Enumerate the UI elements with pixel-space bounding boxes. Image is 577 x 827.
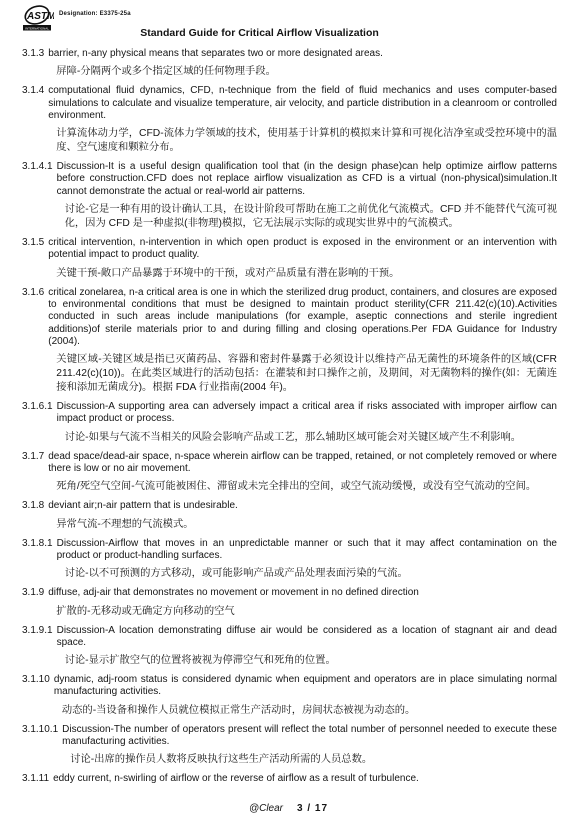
section-number: 3.1.3 bbox=[22, 48, 44, 79]
definition-english: Discussion-It is a useful design qualifi… bbox=[57, 161, 557, 198]
definition-english: Discussion-A location demonstrating diff… bbox=[57, 625, 557, 650]
definitions-list: 3.1.3 barrier, n-any physical means that… bbox=[22, 48, 557, 786]
definition-english: diffuse, adj-air that demonstrates no mo… bbox=[48, 587, 557, 599]
definition-chinese: 死角/死空气空间-气流可能被困住、滞留或未完全排出的空间，或空气流动缓慢，或没有… bbox=[56, 480, 557, 494]
definition-english: Discussion-Airflow that moves in an unpr… bbox=[57, 538, 557, 563]
definition-item: 3.1.7 dead space/dead-air space, n-space… bbox=[22, 451, 557, 495]
section-number: 3.1.10.1 bbox=[22, 724, 58, 768]
page-title: Standard Guide for Critical Airflow Visu… bbox=[22, 27, 497, 39]
page-number: 3 / 17 bbox=[297, 803, 328, 814]
section-number: 3.1.4 bbox=[22, 85, 44, 155]
definition-item: 3.1.6 critical zonelarea, n-a critical a… bbox=[22, 287, 557, 395]
definition-english: computational fluid dynamics, CFD, n-tec… bbox=[48, 85, 557, 122]
section-number: 3.1.4.1 bbox=[22, 161, 53, 231]
definition-english: dead space/dead-air space, n-space where… bbox=[48, 451, 557, 476]
definition-item: 3.1.8 deviant air;n-air pattern that is … bbox=[22, 500, 557, 531]
astm-logo: ASTM INTERNATIONAL bbox=[22, 5, 54, 33]
watermark-text: @Clear bbox=[249, 803, 283, 814]
definition-text-block: computational fluid dynamics, CFD, n-tec… bbox=[48, 85, 557, 155]
definition-english: dynamic, adj-room status is considered d… bbox=[54, 674, 557, 699]
definition-chinese: 讨论-显示扩散空气的位置将被视为停滞空气和死角的位置。 bbox=[65, 654, 557, 668]
section-number: 3.1.5 bbox=[22, 237, 44, 281]
definition-text-block: deviant air;n-air pattern that is undesi… bbox=[48, 500, 557, 531]
document-page: ASTM INTERNATIONAL Designation: E3375-25… bbox=[0, 0, 577, 786]
definition-chinese: 讨论-如果与气流不当相关的风险会影响产品或工艺，那么辅助区域可能会对关键区域产生… bbox=[65, 431, 557, 445]
section-number: 3.1.11 bbox=[22, 773, 49, 785]
definition-chinese: 关键干预-敞口产品暴露于环境中的干预，或对产品质量有潜在影响的干预。 bbox=[56, 267, 557, 281]
definition-english: critical intervention, n-intervention in… bbox=[48, 237, 557, 262]
definition-text-block: Discussion-Airflow that moves in an unpr… bbox=[57, 538, 557, 582]
definition-text-block: barrier, n-any physical means that separ… bbox=[48, 48, 557, 79]
section-number: 3.1.8.1 bbox=[22, 538, 53, 582]
definition-text-block: Discussion-It is a useful design qualifi… bbox=[57, 161, 557, 231]
definition-chinese: 计算流体动力学，CFD-流体力学领域的技术，使用基于计算机的模拟来计算和可视化洁… bbox=[56, 127, 557, 155]
definition-english: eddy current, n-swirling of airflow or t… bbox=[53, 773, 557, 785]
definition-chinese: 关键区域-关键区域是指已灭菌药品、容器和密封件暴露于必须设计以维持产品无菌性的环… bbox=[56, 353, 557, 395]
page-footer: @Clear3 / 17 bbox=[0, 803, 577, 814]
definition-text-block: diffuse, adj-air that demonstrates no mo… bbox=[48, 587, 557, 618]
section-number: 3.1.9.1 bbox=[22, 625, 53, 669]
definition-item: 3.1.4.1 Discussion-It is a useful design… bbox=[22, 161, 557, 231]
definition-english: Discussion-The number of operators prese… bbox=[62, 724, 557, 749]
definition-item: 3.1.6.1 Discussion-A supporting area can… bbox=[22, 401, 557, 445]
definition-english: Discussion-A supporting area can adverse… bbox=[57, 401, 557, 426]
section-number: 3.1.9 bbox=[22, 587, 44, 618]
definition-chinese: 讨论-以不可预测的方式移动，或可能影响产品或产品处理表面污染的气流。 bbox=[65, 567, 557, 581]
definition-text-block: Discussion-The number of operators prese… bbox=[62, 724, 557, 768]
svg-text:ASTM: ASTM bbox=[26, 11, 54, 22]
definition-english: critical zonelarea, n-a critical area is… bbox=[48, 287, 557, 348]
definition-item: 3.1.10 dynamic, adj-room status is consi… bbox=[22, 674, 557, 718]
definition-item: 3.1.8.1 Discussion-Airflow that moves in… bbox=[22, 538, 557, 582]
definition-text-block: dead space/dead-air space, n-space where… bbox=[48, 451, 557, 495]
definition-text-block: Discussion-A location demonstrating diff… bbox=[57, 625, 557, 669]
definition-text-block: critical zonelarea, n-a critical area is… bbox=[48, 287, 557, 395]
definition-item: 3.1.11 eddy current, n-swirling of airfl… bbox=[22, 773, 557, 785]
definition-chinese: 异常气流-不理想的气流模式。 bbox=[56, 518, 557, 532]
definition-english: deviant air;n-air pattern that is undesi… bbox=[48, 500, 557, 512]
section-number: 3.1.10 bbox=[22, 674, 50, 718]
definition-item: 3.1.3 barrier, n-any physical means that… bbox=[22, 48, 557, 79]
definition-item: 3.1.9.1 Discussion-A location demonstrat… bbox=[22, 625, 557, 669]
definition-english: barrier, n-any physical means that separ… bbox=[48, 48, 557, 60]
definition-chinese: 扩散的-无移动或无确定方向移动的空气 bbox=[56, 605, 557, 619]
definition-chinese: 动态的-当设备和操作人员就位模拟正常生产活动时，房间状态被视为动态的。 bbox=[62, 704, 557, 718]
section-number: 3.1.8 bbox=[22, 500, 44, 531]
definition-item: 3.1.4 computational fluid dynamics, CFD,… bbox=[22, 85, 557, 155]
section-number: 3.1.6.1 bbox=[22, 401, 53, 445]
definition-chinese: 屏障-分隔两个或多个指定区域的任何物理手段。 bbox=[56, 65, 557, 79]
definition-item: 3.1.5 critical intervention, n-intervent… bbox=[22, 237, 557, 281]
definition-item: 3.1.9 diffuse, adj-air that demonstrates… bbox=[22, 587, 557, 618]
designation-text: Designation: E3375-25a bbox=[59, 11, 131, 17]
definition-text-block: dynamic, adj-room status is considered d… bbox=[54, 674, 557, 718]
definition-text-block: Discussion-A supporting area can adverse… bbox=[57, 401, 557, 445]
astm-logo-icon: ASTM INTERNATIONAL bbox=[22, 5, 54, 33]
definition-chinese: 讨论-它是一种有用的设计确认工具，在设计阶段可帮助在施工之前优化气流模式。CFD… bbox=[65, 203, 557, 231]
section-number: 3.1.7 bbox=[22, 451, 44, 495]
definition-chinese: 讨论-出席的操作员人数将反映执行这些生产活动所需的人员总数。 bbox=[70, 753, 557, 767]
definition-item: 3.1.10.1 Discussion-The number of operat… bbox=[22, 724, 557, 768]
section-number: 3.1.6 bbox=[22, 287, 44, 395]
definition-text-block: eddy current, n-swirling of airflow or t… bbox=[53, 773, 557, 785]
definition-text-block: critical intervention, n-intervention in… bbox=[48, 237, 557, 281]
svg-text:INTERNATIONAL: INTERNATIONAL bbox=[25, 26, 49, 30]
